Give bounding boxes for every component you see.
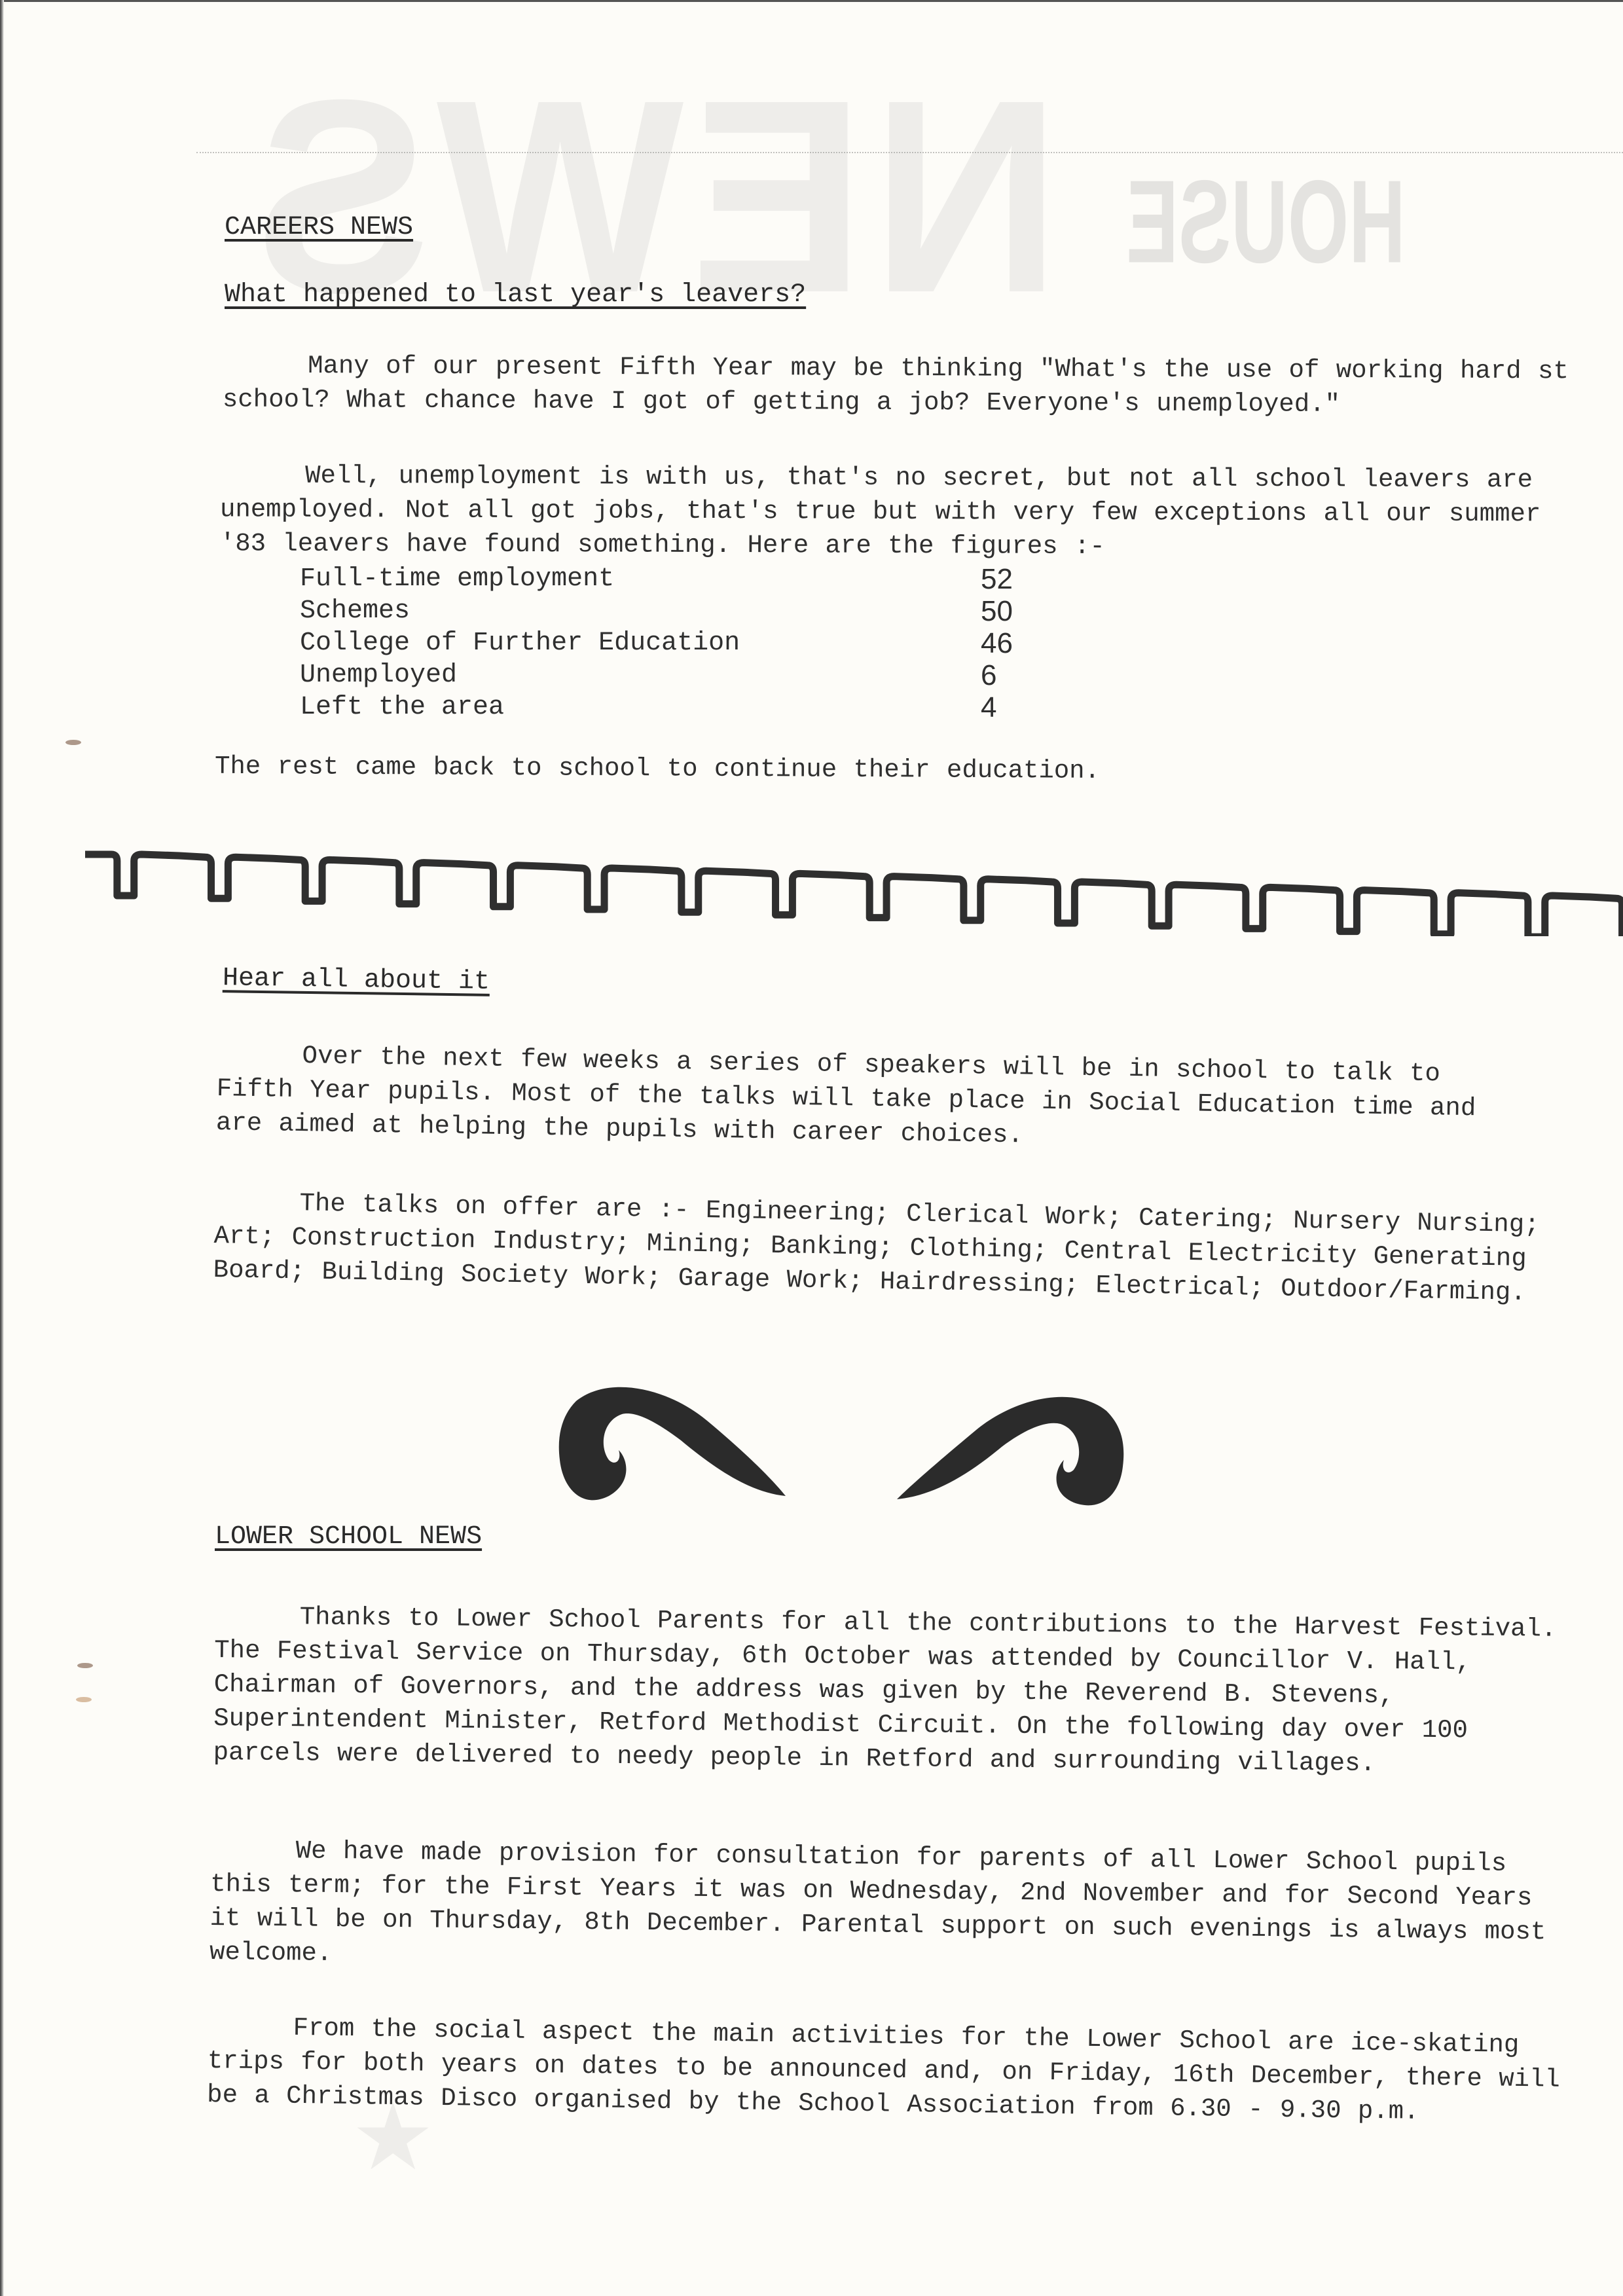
figures-value: 46: [981, 627, 1020, 659]
figures-row: College of Further Education46: [300, 627, 1020, 659]
figures-value: 52: [981, 563, 1020, 595]
figures-label: Full-time employment: [300, 563, 614, 595]
figures-value: 50: [981, 595, 1020, 627]
figures-label: Left the area: [300, 691, 504, 723]
figures-row: Schemes50: [300, 595, 1020, 627]
edge-mark: [65, 740, 81, 745]
article-heading-leavers: What happened to last year's leavers?: [225, 280, 806, 310]
hear-paragraph-2-text: The talks on offer are :- Engineering; C…: [213, 1189, 1540, 1307]
section-heading-lower-school: LOWER SCHOOL NEWS: [215, 1522, 482, 1552]
careers-paragraph-2-text: Well, unemployment is with us, that's no…: [220, 462, 1541, 561]
edge-mark: [77, 1663, 93, 1668]
leavers-figures-table: Full-time employment52Schemes50College o…: [300, 563, 1020, 723]
lower-paragraph-3-text: From the social aspect the main activiti…: [207, 2014, 1560, 2126]
square-wave-divider: [85, 838, 1623, 936]
article-heading-hear: Hear all about it: [223, 964, 490, 997]
lower-paragraph-2: We have made provision for consultation …: [210, 1833, 1579, 1984]
figures-label: College of Further Education: [300, 627, 740, 659]
lower-paragraph-2-text: We have made provision for consultation …: [210, 1836, 1546, 1968]
section-heading-careers: CAREERS NEWS: [225, 213, 413, 242]
figures-label: Unemployed: [300, 659, 457, 691]
lower-paragraph-1-text: Thanks to Lower School Parents for all t…: [213, 1603, 1557, 1778]
careers-paragraph-1: Many of our present Fifth Year may be th…: [223, 348, 1591, 422]
careers-paragraph-1-text: Many of our present Fifth Year may be th…: [223, 352, 1569, 419]
figures-label: Schemes: [300, 595, 410, 627]
figures-value: 6: [981, 659, 1020, 691]
careers-closing: The rest came back to school to continue…: [215, 750, 1524, 790]
hear-paragraph-1: Over the next few weeks a series of spea…: [216, 1038, 1533, 1161]
ghost-masthead-house: HOUSE: [1126, 155, 1406, 290]
edge-mark: [76, 1697, 92, 1702]
hear-paragraph-2: The talks on offer are :- Engineering; C…: [213, 1185, 1582, 1311]
scan-top-edge: [0, 0, 1623, 2]
figures-value: 4: [981, 691, 1020, 723]
fold-line: [196, 152, 1623, 153]
scan-left-edge: [0, 0, 4, 2296]
figures-row: Full-time employment52: [300, 563, 1020, 595]
figures-row: Unemployed6: [300, 659, 1020, 691]
careers-paragraph-2: Well, unemployment is with us, that's no…: [220, 458, 1582, 565]
hear-paragraph-1-text: Over the next few weeks a series of spea…: [216, 1042, 1476, 1150]
lower-paragraph-3: From the social aspect the main activiti…: [207, 2010, 1590, 2131]
figures-row: Left the area4: [300, 691, 1020, 723]
lower-paragraph-1: Thanks to Lower School Parents for all t…: [213, 1599, 1583, 1783]
scroll-ornament-icon: [537, 1362, 1146, 1506]
newsletter-page: NEWS HOUSE ★ CAREERS NEWS What happened …: [0, 0, 1623, 2296]
